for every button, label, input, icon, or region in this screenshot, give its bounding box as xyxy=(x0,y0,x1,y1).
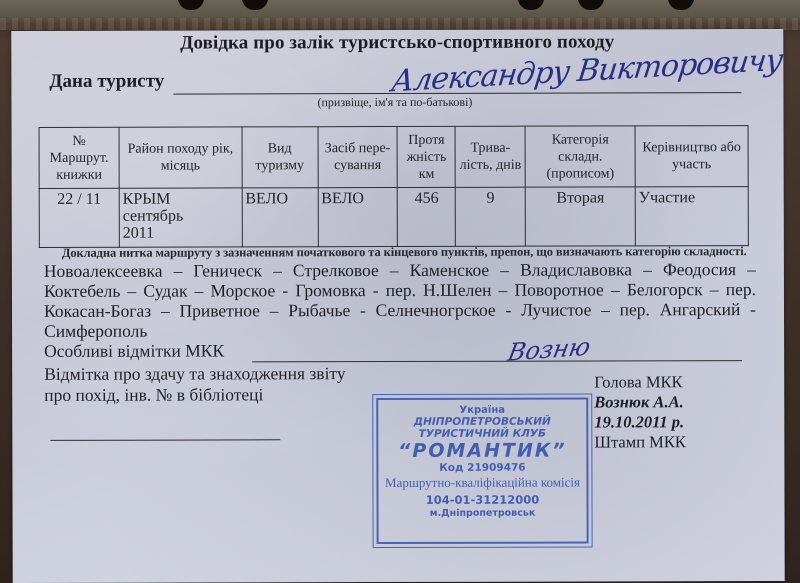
stamp-country: Україна xyxy=(378,405,586,417)
report-note-line1: Відмітка про здачу та знаходження звіту xyxy=(44,363,345,385)
binder-hole xyxy=(178,0,204,10)
binder-hole xyxy=(518,0,544,10)
binder-hole xyxy=(668,0,694,10)
cell-role: Участие xyxy=(635,187,748,246)
signer-name: Вознюк А.А. xyxy=(594,392,686,412)
handwritten-signature: Возню xyxy=(505,332,592,366)
header-tourism-type: Вид туризму xyxy=(242,127,318,188)
signer-role: Голова МКК xyxy=(594,372,686,392)
binder-hole xyxy=(578,0,604,10)
cell-tourism-type: ВЕЛО xyxy=(242,188,318,247)
club-stamp: Україна ДНІПРОПЕТРОВСЬКИЙ ТУРИСТИЧНИЙ КЛ… xyxy=(376,398,588,545)
region-year: 2011 xyxy=(123,224,239,241)
signature-block: Голова МКК Вознюк А.А. 19.10.2011 р. Шта… xyxy=(594,372,686,452)
cell-duration: 9 xyxy=(456,187,526,246)
cell-difficulty: Вторая xyxy=(525,187,635,246)
header-book-number: № Маршрут. книжки xyxy=(39,127,119,188)
sleeve-edge xyxy=(0,18,800,30)
cell-distance: 456 xyxy=(398,187,456,246)
binder-hole xyxy=(242,0,268,10)
header-distance: Протя жність км xyxy=(397,126,455,187)
table-row: 22 / 11 КРЫМ сентябрь 2011 ВЕЛО ВЕЛО 456… xyxy=(39,187,748,248)
stamp-number: 104-01-31212000 xyxy=(378,492,586,509)
issued-to-caption: (призвіще, ім'я та по-батькові) xyxy=(317,95,472,110)
stamp-city: м.Дніпропетровськ xyxy=(379,508,587,521)
report-signature-line xyxy=(50,439,280,441)
header-region: Район походу рік, місяць xyxy=(119,127,242,188)
report-note: Відмітка про здачу та знаходження звіту … xyxy=(44,363,346,406)
header-transport: Засіб пере-сування xyxy=(318,127,398,188)
stamp-code: Код 21909476 xyxy=(378,462,586,476)
issued-to-label: Дана туристу xyxy=(49,71,164,93)
table-header-row: № Маршрут. книжки Район походу рік, міся… xyxy=(39,126,748,189)
stamp-club-type: ТУРИСТИЧНИЙ КЛУБ xyxy=(378,428,586,441)
region-month: сентябрь xyxy=(123,207,239,224)
cell-region: КРЫМ сентябрь 2011 xyxy=(119,188,242,247)
cell-book-number: 22 / 11 xyxy=(39,188,119,247)
stamp-label: Штамп МКК xyxy=(594,432,686,452)
sign-date: 19.10.2011 р. xyxy=(594,412,686,432)
header-duration: Трива-лість, днів xyxy=(455,126,525,187)
region-name: КРЫМ xyxy=(123,190,239,207)
route-description: Новоалексеевка – Геническ – Стрелковое –… xyxy=(44,259,756,341)
stamp-region: ДНІПРОПЕТРОВСЬКИЙ xyxy=(378,416,586,429)
stamp-club-name: “РОМАНТИК” xyxy=(378,440,586,463)
header-difficulty: Категорія складн. (прописом) xyxy=(525,126,635,187)
header-role: Керівництво або участь xyxy=(635,126,748,187)
mkk-notes-label: Особливі відмітки МКК xyxy=(44,340,224,361)
stamp-commission: Маршрутно-кваліфікаційна комісія xyxy=(378,475,586,491)
mkk-notes-line xyxy=(252,360,742,362)
route-table: № Маршрут. книжки Район походу рік, міся… xyxy=(39,125,749,248)
certificate-paper: Довідка про залік туристсько-спортивного… xyxy=(11,29,784,583)
report-note-line2: про похід, інв. № в бібліотеці xyxy=(44,384,345,406)
cell-transport: ВЕЛО xyxy=(318,188,398,247)
